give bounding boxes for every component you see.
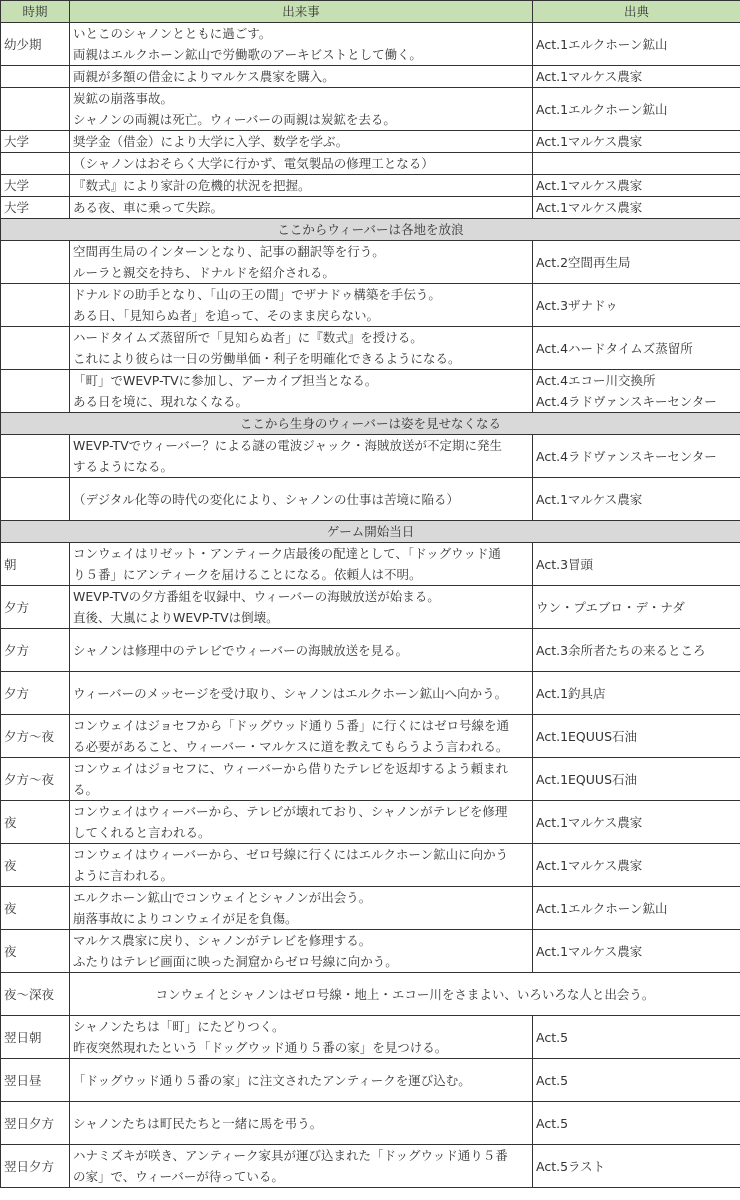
- source-cell: Act.5: [533, 1102, 740, 1145]
- event-cell: コンウェイはウィーバーから、ゼロ号線に行くにはエルクホーン鉱山に向かうように言わ…: [70, 844, 533, 887]
- source-line: Act.1釣具店: [536, 683, 737, 704]
- source-line: Act.3余所者たちの来るところ: [536, 640, 737, 661]
- table-row: ドナルドの助手となり、「山の王の間」でザナドゥ構築を手伝う。ある日、「見知らぬ者…: [1, 284, 740, 327]
- source-line: Act.5ラスト: [536, 1156, 737, 1177]
- period-cell: 大学: [1, 131, 70, 153]
- period-cell: 夜: [1, 887, 70, 930]
- table-row: 翌日夕方ハナミズキが咲き、アンティーク家具が運び込まれた「ドッグウッド通り５番の…: [1, 1145, 740, 1188]
- event-cell: 両親が多額の借金によりマルケス農家を購入。: [70, 66, 533, 88]
- event-cell: コンウェイとシャノンはゼロ号線・地上・エコー川をさまよい、いろいろな人と出会う。: [70, 973, 740, 1016]
- source-cell: Act.1エルクホーン鉱山: [533, 887, 740, 930]
- source-line: Act.1マルケス農家: [536, 855, 737, 876]
- event-line: 「町」でWEVP-TVに参加し、アーカイブ担当となる。: [73, 370, 529, 391]
- timeline-table: 時期 出来事 出典 幼少期いとこのシャノンとともに過ごす。両親はエルクホーン鉱山…: [0, 0, 740, 1188]
- event-cell: WEVP-TVの夕方番組を収録中、ウィーバーの海賊放送が始まる。直後、大嵐により…: [70, 586, 533, 629]
- table-row: 夜エルクホーン鉱山でコンウェイとシャノンが出会う。崩落事故によりコンウェイが足を…: [1, 887, 740, 930]
- period-cell: [1, 327, 70, 370]
- period-cell: 翌日朝: [1, 1016, 70, 1059]
- event-line: コンウェイとシャノンはゼロ号線・地上・エコー川をさまよい、いろいろな人と出会う。: [73, 984, 737, 1005]
- source-cell: Act.1EQUUS石油: [533, 715, 740, 758]
- section-row: ここから生身のウィーバーは姿を見せなくなる: [1, 413, 740, 435]
- table-row: 夜～深夜コンウェイとシャノンはゼロ号線・地上・エコー川をさまよい、いろいろな人と…: [1, 973, 740, 1016]
- period-cell: 夜: [1, 844, 70, 887]
- table-row: 夕方WEVP-TVの夕方番組を収録中、ウィーバーの海賊放送が始まる。直後、大嵐に…: [1, 586, 740, 629]
- source-line: Act.2空間再生局: [536, 252, 737, 273]
- source-cell: Act.1エルクホーン鉱山: [533, 23, 740, 66]
- source-line: Act.1エルクホーン鉱山: [536, 34, 737, 55]
- event-line: （デジタル化等の時代の変化により、シャノンの仕事は苦境に陥る）: [73, 489, 529, 510]
- table-row: 夕方シャノンは修理中のテレビでウィーバーの海賊放送を見る。Act.3余所者たちの…: [1, 629, 740, 672]
- event-cell: コンウェイはジョセフに、ウィーバーから借りたテレビを返却するよう頼まれる。: [70, 758, 533, 801]
- period-cell: 夜～深夜: [1, 973, 70, 1016]
- period-cell: 大学: [1, 175, 70, 197]
- event-line: マルケス農家に戻り、シャノンがテレビを修理する。: [73, 930, 529, 951]
- source-cell: Act.1マルケス農家: [533, 801, 740, 844]
- column-header-source: 出典: [533, 1, 740, 23]
- event-cell: ドナルドの助手となり、「山の王の間」でザナドゥ構築を手伝う。ある日、「見知らぬ者…: [70, 284, 533, 327]
- period-cell: 大学: [1, 197, 70, 219]
- event-cell: コンウェイはウィーバーから、テレビが壊れており、シャノンがテレビを修理してくれる…: [70, 801, 533, 844]
- table-row: 両親が多額の借金によりマルケス農家を購入。Act.1マルケス農家: [1, 66, 740, 88]
- event-line: 直後、大嵐によりWEVP-TVは倒壊。: [73, 607, 529, 628]
- source-cell: Act.1マルケス農家: [533, 197, 740, 219]
- event-cell: （デジタル化等の時代の変化により、シャノンの仕事は苦境に陥る）: [70, 478, 533, 521]
- table-row: 夜コンウェイはウィーバーから、ゼロ号線に行くにはエルクホーン鉱山に向かうように言…: [1, 844, 740, 887]
- source-cell: Act.5: [533, 1059, 740, 1102]
- source-cell: Act.3冒頭: [533, 543, 740, 586]
- source-cell: Act.2空間再生局: [533, 241, 740, 284]
- table-row: 夕方～夜コンウェイはジョセフから「ドッグウッド通り５番」に行くにはゼロ号線を通る…: [1, 715, 740, 758]
- event-line: る。: [73, 779, 529, 800]
- event-line: 両親はエルクホーン鉱山で労働歌のアーキビストとして働く。: [73, 44, 529, 65]
- period-cell: 翌日夕方: [1, 1102, 70, 1145]
- source-cell: Act.1マルケス農家: [533, 930, 740, 973]
- event-cell: マルケス農家に戻り、シャノンがテレビを修理する。ふたりはテレビ画面に映った洞窟か…: [70, 930, 533, 973]
- source-line: Act.1マルケス農家: [536, 175, 737, 196]
- table-row: 夜コンウェイはウィーバーから、テレビが壊れており、シャノンがテレビを修理してくれ…: [1, 801, 740, 844]
- table-row: 大学『数式』により家計の危機的状況を把握。Act.1マルケス農家: [1, 175, 740, 197]
- source-line: Act.5: [536, 1027, 737, 1048]
- table-row: 翌日夕方シャノンたちは町民たちと一緒に馬を弔う。Act.5: [1, 1102, 740, 1145]
- period-cell: 夕方～夜: [1, 758, 70, 801]
- event-line: 崩落事故によりコンウェイが足を負傷。: [73, 908, 529, 929]
- source-line: Act.3ザナドゥ: [536, 295, 737, 316]
- event-line: コンウェイはジョセフに、ウィーバーから借りたテレビを返却するよう頼まれ: [73, 758, 529, 779]
- event-cell: WEVP-TVでウィーバー？による謎の電波ジャック・海賊放送が不定期に発生するよ…: [70, 435, 533, 478]
- event-line: シャノンは修理中のテレビでウィーバーの海賊放送を見る。: [73, 640, 529, 661]
- period-cell: [1, 478, 70, 521]
- event-line: シャノンたちは町民たちと一緒に馬を弔う。: [73, 1113, 529, 1134]
- source-line: Act.1EQUUS石油: [536, 769, 737, 790]
- header-row: 時期 出来事 出典: [1, 1, 740, 23]
- source-cell: Act.1マルケス農家: [533, 478, 740, 521]
- period-cell: 幼少期: [1, 23, 70, 66]
- event-line: シャノンたちは「町」にたどりつく。: [73, 1016, 529, 1037]
- event-line: シャノンの両親は死亡。ウィーバーの両親は炭鉱を去る。: [73, 109, 529, 130]
- event-cell: いとこのシャノンとともに過ごす。両親はエルクホーン鉱山で労働歌のアーキビストとし…: [70, 23, 533, 66]
- source-cell: Act.1エルクホーン鉱山: [533, 88, 740, 131]
- event-line: 両親が多額の借金によりマルケス農家を購入。: [73, 66, 529, 87]
- table-row: 夕方ウィーバーのメッセージを受け取り、シャノンはエルクホーン鉱山へ向かう。Act…: [1, 672, 740, 715]
- period-cell: 翌日昼: [1, 1059, 70, 1102]
- event-cell: 『数式』により家計の危機的状況を把握。: [70, 175, 533, 197]
- period-cell: 翌日夕方: [1, 1145, 70, 1188]
- section-label: ゲーム開始当日: [1, 521, 740, 543]
- table-row: （シャノンはおそらく大学に行かず、電気製品の修理工となる）: [1, 153, 740, 175]
- source-cell: Act.1マルケス農家: [533, 844, 740, 887]
- source-cell: Act.4ハードタイムズ蒸留所: [533, 327, 740, 370]
- period-cell: 夜: [1, 801, 70, 844]
- timeline-body: 幼少期いとこのシャノンとともに過ごす。両親はエルクホーン鉱山で労働歌のアーキビス…: [1, 23, 740, 1188]
- event-line: WEVP-TVの夕方番組を収録中、ウィーバーの海賊放送が始まる。: [73, 586, 529, 607]
- period-cell: 夕方～夜: [1, 715, 70, 758]
- source-cell: Act.1EQUUS石油: [533, 758, 740, 801]
- source-cell: Act.1マルケス農家: [533, 66, 740, 88]
- event-cell: ウィーバーのメッセージを受け取り、シャノンはエルクホーン鉱山へ向かう。: [70, 672, 533, 715]
- event-line: （シャノンはおそらく大学に行かず、電気製品の修理工となる）: [73, 153, 529, 174]
- event-cell: ハードタイムズ蒸留所で「見知らぬ者」に『数式』を授ける。これにより彼らは一日の労…: [70, 327, 533, 370]
- event-line: ある日を境に、現れなくなる。: [73, 391, 529, 412]
- event-cell: ある夜、車に乗って失踪。: [70, 197, 533, 219]
- table-row: 夜マルケス農家に戻り、シャノンがテレビを修理する。ふたりはテレビ画面に映った洞窟…: [1, 930, 740, 973]
- event-line: エルクホーン鉱山でコンウェイとシャノンが出会う。: [73, 887, 529, 908]
- table-row: 炭鉱の崩落事故。シャノンの両親は死亡。ウィーバーの両親は炭鉱を去る。Act.1エ…: [1, 88, 740, 131]
- source-cell: Act.1マルケス農家: [533, 131, 740, 153]
- source-cell: Act.1釣具店: [533, 672, 740, 715]
- period-cell: [1, 435, 70, 478]
- source-line: Act.4ラドヴァンスキーセンター: [536, 391, 737, 412]
- source-cell: [533, 153, 740, 175]
- period-cell: [1, 88, 70, 131]
- source-cell: ウン・プエブロ・デ・ナダ: [533, 586, 740, 629]
- event-cell: 「町」でWEVP-TVに参加し、アーカイブ担当となる。ある日を境に、現れなくなる…: [70, 370, 533, 413]
- period-cell: [1, 241, 70, 284]
- event-line: 「ドッグウッド通り５番の家」に注文されたアンティークを運び込む。: [73, 1070, 529, 1091]
- source-line: Act.1マルケス農家: [536, 489, 737, 510]
- table-row: 翌日朝シャノンたちは「町」にたどりつく。昨夜突然現れたという「ドッグウッド通り５…: [1, 1016, 740, 1059]
- source-line: Act.1マルケス農家: [536, 131, 737, 152]
- source-line: Act.1マルケス農家: [536, 197, 737, 218]
- source-cell: Act.4エコー川交換所Act.4ラドヴァンスキーセンター: [533, 370, 740, 413]
- event-line: いとこのシャノンとともに過ごす。: [73, 23, 529, 44]
- period-cell: [1, 370, 70, 413]
- source-line: Act.5: [536, 1070, 737, 1091]
- event-line: 『数式』により家計の危機的状況を把握。: [73, 175, 529, 196]
- period-cell: 朝: [1, 543, 70, 586]
- period-cell: 夕方: [1, 629, 70, 672]
- table-row: 朝コンウェイはリゼット・アンティーク店最後の配達として、「ドッグウッド通り５番」…: [1, 543, 740, 586]
- event-cell: シャノンは修理中のテレビでウィーバーの海賊放送を見る。: [70, 629, 533, 672]
- source-line: Act.1マルケス農家: [536, 941, 737, 962]
- event-cell: 空間再生局のインターンとなり、記事の翻訳等を行う。ルーラと親交を持ち、ドナルドを…: [70, 241, 533, 284]
- event-line: ハードタイムズ蒸留所で「見知らぬ者」に『数式』を授ける。: [73, 327, 529, 348]
- source-line: Act.1エルクホーン鉱山: [536, 898, 737, 919]
- event-line: り５番」にアンティークを届けることになる。依頼人は不明。: [73, 564, 529, 585]
- event-line: る必要があること、ウィーバー・マルケスに道を教えてもらうよう言われる。: [73, 736, 529, 757]
- event-line: の家」で、ウィーバーが待っている。: [73, 1166, 529, 1187]
- column-header-period: 時期: [1, 1, 70, 23]
- event-line: これにより彼らは一日の労働単価・利子を明確化できるようになる。: [73, 348, 529, 369]
- event-cell: ハナミズキが咲き、アンティーク家具が運び込まれた「ドッグウッド通り５番の家」で、…: [70, 1145, 533, 1188]
- table-row: 幼少期いとこのシャノンとともに過ごす。両親はエルクホーン鉱山で労働歌のアーキビス…: [1, 23, 740, 66]
- event-line: ある日、「見知らぬ者」を追って、そのまま戻らない。: [73, 305, 529, 326]
- event-line: 空間再生局のインターンとなり、記事の翻訳等を行う。: [73, 241, 529, 262]
- event-line: コンウェイはウィーバーから、ゼロ号線に行くにはエルクホーン鉱山に向かう: [73, 844, 529, 865]
- source-line: ウン・プエブロ・デ・ナダ: [536, 597, 737, 618]
- event-line: コンウェイはウィーバーから、テレビが壊れており、シャノンがテレビを修理: [73, 801, 529, 822]
- event-cell: （シャノンはおそらく大学に行かず、電気製品の修理工となる）: [70, 153, 533, 175]
- event-cell: エルクホーン鉱山でコンウェイとシャノンが出会う。崩落事故によりコンウェイが足を負…: [70, 887, 533, 930]
- column-header-event: 出来事: [70, 1, 533, 23]
- event-line: してくれると言われる。: [73, 822, 529, 843]
- event-line: ある夜、車に乗って失踪。: [73, 197, 529, 218]
- source-line: Act.1マルケス農家: [536, 812, 737, 833]
- section-label: ここから生身のウィーバーは姿を見せなくなる: [1, 413, 740, 435]
- source-cell: Act.3ザナドゥ: [533, 284, 740, 327]
- event-line: コンウェイはジョセフから「ドッグウッド通り５番」に行くにはゼロ号線を通: [73, 715, 529, 736]
- section-row: ここからウィーバーは各地を放浪: [1, 219, 740, 241]
- table-row: WEVP-TVでウィーバー？による謎の電波ジャック・海賊放送が不定期に発生するよ…: [1, 435, 740, 478]
- section-row: ゲーム開始当日: [1, 521, 740, 543]
- table-row: 夕方～夜コンウェイはジョセフに、ウィーバーから借りたテレビを返却するよう頼まれる…: [1, 758, 740, 801]
- period-cell: 夜: [1, 930, 70, 973]
- event-cell: コンウェイはリゼット・アンティーク店最後の配達として、「ドッグウッド通り５番」に…: [70, 543, 533, 586]
- table-row: 翌日昼「ドッグウッド通り５番の家」に注文されたアンティークを運び込む。Act.5: [1, 1059, 740, 1102]
- event-cell: 奨学金（借金）により大学に入学、数学を学ぶ。: [70, 131, 533, 153]
- event-line: 炭鉱の崩落事故。: [73, 88, 529, 109]
- source-line: Act.1マルケス農家: [536, 66, 737, 87]
- source-line: Act.4エコー川交換所: [536, 370, 737, 391]
- table-row: （デジタル化等の時代の変化により、シャノンの仕事は苦境に陥る）Act.1マルケス…: [1, 478, 740, 521]
- event-line: するようになる。: [73, 456, 529, 477]
- source-cell: Act.5ラスト: [533, 1145, 740, 1188]
- event-line: ウィーバーのメッセージを受け取り、シャノンはエルクホーン鉱山へ向かう。: [73, 683, 529, 704]
- event-cell: 「ドッグウッド通り５番の家」に注文されたアンティークを運び込む。: [70, 1059, 533, 1102]
- event-cell: 炭鉱の崩落事故。シャノンの両親は死亡。ウィーバーの両親は炭鉱を去る。: [70, 88, 533, 131]
- event-cell: シャノンたちは町民たちと一緒に馬を弔う。: [70, 1102, 533, 1145]
- period-cell: [1, 153, 70, 175]
- table-row: 大学ある夜、車に乗って失踪。Act.1マルケス農家: [1, 197, 740, 219]
- event-cell: シャノンたちは「町」にたどりつく。昨夜突然現れたという「ドッグウッド通り５番の家…: [70, 1016, 533, 1059]
- table-row: 空間再生局のインターンとなり、記事の翻訳等を行う。ルーラと親交を持ち、ドナルドを…: [1, 241, 740, 284]
- table-row: 大学奨学金（借金）により大学に入学、数学を学ぶ。Act.1マルケス農家: [1, 131, 740, 153]
- event-line: ドナルドの助手となり、「山の王の間」でザナドゥ構築を手伝う。: [73, 284, 529, 305]
- table-row: ハードタイムズ蒸留所で「見知らぬ者」に『数式』を授ける。これにより彼らは一日の労…: [1, 327, 740, 370]
- period-cell: 夕方: [1, 672, 70, 715]
- section-label: ここからウィーバーは各地を放浪: [1, 219, 740, 241]
- event-line: コンウェイはリゼット・アンティーク店最後の配達として、「ドッグウッド通: [73, 543, 529, 564]
- source-cell: Act.4ラドヴァンスキーセンター: [533, 435, 740, 478]
- event-cell: コンウェイはジョセフから「ドッグウッド通り５番」に行くにはゼロ号線を通る必要があ…: [70, 715, 533, 758]
- event-line: 昨夜突然現れたという「ドッグウッド通り５番の家」を見つける。: [73, 1037, 529, 1058]
- period-cell: [1, 284, 70, 327]
- source-line: Act.1EQUUS石油: [536, 726, 737, 747]
- source-line: Act.4ラドヴァンスキーセンター: [536, 446, 737, 467]
- event-line: WEVP-TVでウィーバー？による謎の電波ジャック・海賊放送が不定期に発生: [73, 435, 529, 456]
- source-cell: Act.1マルケス農家: [533, 175, 740, 197]
- source-line: Act.4ハードタイムズ蒸留所: [536, 338, 737, 359]
- event-line: 奨学金（借金）により大学に入学、数学を学ぶ。: [73, 131, 529, 152]
- period-cell: 夕方: [1, 586, 70, 629]
- source-cell: Act.3余所者たちの来るところ: [533, 629, 740, 672]
- event-line: ように言われる。: [73, 865, 529, 886]
- source-cell: Act.5: [533, 1016, 740, 1059]
- event-line: ルーラと親交を持ち、ドナルドを紹介される。: [73, 262, 529, 283]
- table-row: 「町」でWEVP-TVに参加し、アーカイブ担当となる。ある日を境に、現れなくなる…: [1, 370, 740, 413]
- event-line: ふたりはテレビ画面に映った洞窟からゼロ号線に向かう。: [73, 951, 529, 972]
- source-line: Act.1エルクホーン鉱山: [536, 99, 737, 120]
- source-line: Act.5: [536, 1113, 737, 1134]
- event-line: ハナミズキが咲き、アンティーク家具が運び込まれた「ドッグウッド通り５番: [73, 1145, 529, 1166]
- period-cell: [1, 66, 70, 88]
- source-line: Act.3冒頭: [536, 554, 737, 575]
